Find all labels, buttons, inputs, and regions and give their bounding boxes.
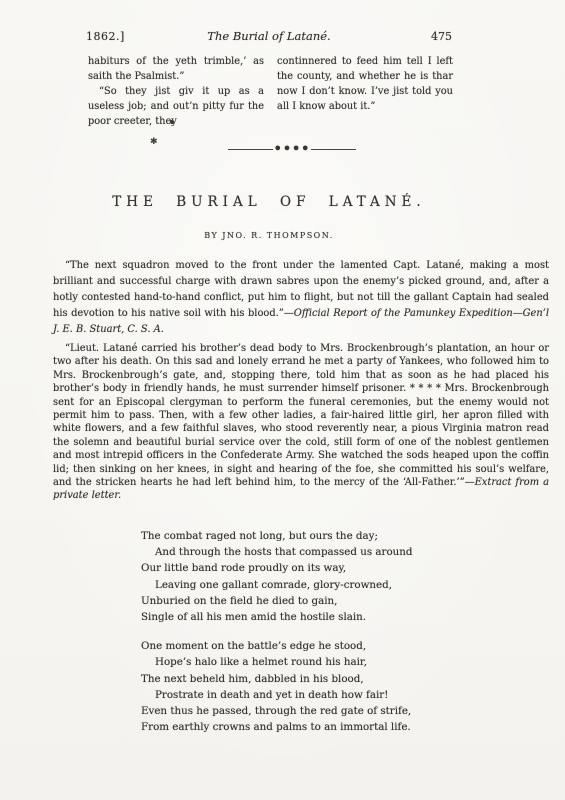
- poem-line: Hope’s halo like a helmet round his hair…: [155, 654, 471, 670]
- ink-speck-dot: [170, 120, 174, 124]
- poem: The combat raged not long, but ours the …: [141, 528, 471, 748]
- poem-stanza: The combat raged not long, but ours the …: [141, 528, 471, 625]
- epigraph-text: “The next squadron moved to the front un…: [53, 258, 549, 338]
- header-year: 1862.]: [86, 30, 166, 43]
- epigraph-private-letter: “Lieut. Latané carried his brother’s dea…: [53, 342, 549, 503]
- divider-line-right: [311, 149, 356, 150]
- article-byline: BY JNO. R. THOMPSON.: [85, 231, 453, 240]
- running-header: 1862.] The Burial of Latané. 475: [86, 29, 452, 43]
- poem-line: Even thus he passed, through the red gat…: [141, 703, 471, 719]
- right-column: continnered to feed him tell I left the …: [277, 54, 453, 129]
- divider-line-left: [228, 149, 273, 150]
- epigraph-official-report: “The next squadron moved to the front un…: [53, 258, 549, 338]
- poem-line: Single of all his men amid the hostile s…: [141, 609, 471, 625]
- poem-line: And through the hosts that compassed us …: [155, 544, 471, 560]
- poem-line: Our little band rode proudly on its way,: [141, 560, 471, 576]
- epigraph-text: “Lieut. Latané carried his brother’s dea…: [53, 342, 549, 503]
- article-title: THE BURIAL OF LATANÉ.: [85, 194, 453, 210]
- poem-line: Prostrate in death and yet in death how …: [155, 687, 471, 703]
- left-column-paragraph: “So they jist giv it up as a useless job…: [88, 84, 264, 129]
- poem-line: From earthly crowns and palms to an immo…: [141, 719, 471, 735]
- poem-line: Unburied on the field he died to gain,: [141, 593, 471, 609]
- poem-line: The next beheld him, dabbled in his bloo…: [141, 671, 471, 687]
- header-page-number: 475: [372, 30, 452, 43]
- ink-speck-asterisk-icon: ✱: [150, 137, 158, 147]
- poem-line: The combat raged not long, but ours the …: [141, 528, 471, 544]
- poem-stanza: One moment on the battle’s edge he stood…: [141, 638, 471, 735]
- left-column: habiturs of the yeth trimble,’ as saith …: [88, 54, 264, 129]
- scanned-magazine-page: 1862.] The Burial of Latané. 475 habitur…: [0, 0, 565, 800]
- header-running-title: The Burial of Latané.: [166, 29, 372, 43]
- section-divider-rule: ● ● ● ●: [228, 146, 356, 152]
- previous-article-columns: habiturs of the yeth trimble,’ as saith …: [88, 54, 454, 129]
- poem-line: Leaving one gallant comrade, glory-crown…: [155, 577, 471, 593]
- poem-line: One moment on the battle’s edge he stood…: [141, 638, 471, 654]
- divider-ornament-icon: ● ● ● ●: [273, 146, 311, 152]
- right-column-paragraph: continnered to feed him tell I left the …: [277, 54, 453, 114]
- epigraph-body: “Lieut. Latané carried his brother’s dea…: [53, 343, 549, 488]
- left-column-paragraph: habiturs of the yeth trimble,’ as saith …: [88, 54, 264, 84]
